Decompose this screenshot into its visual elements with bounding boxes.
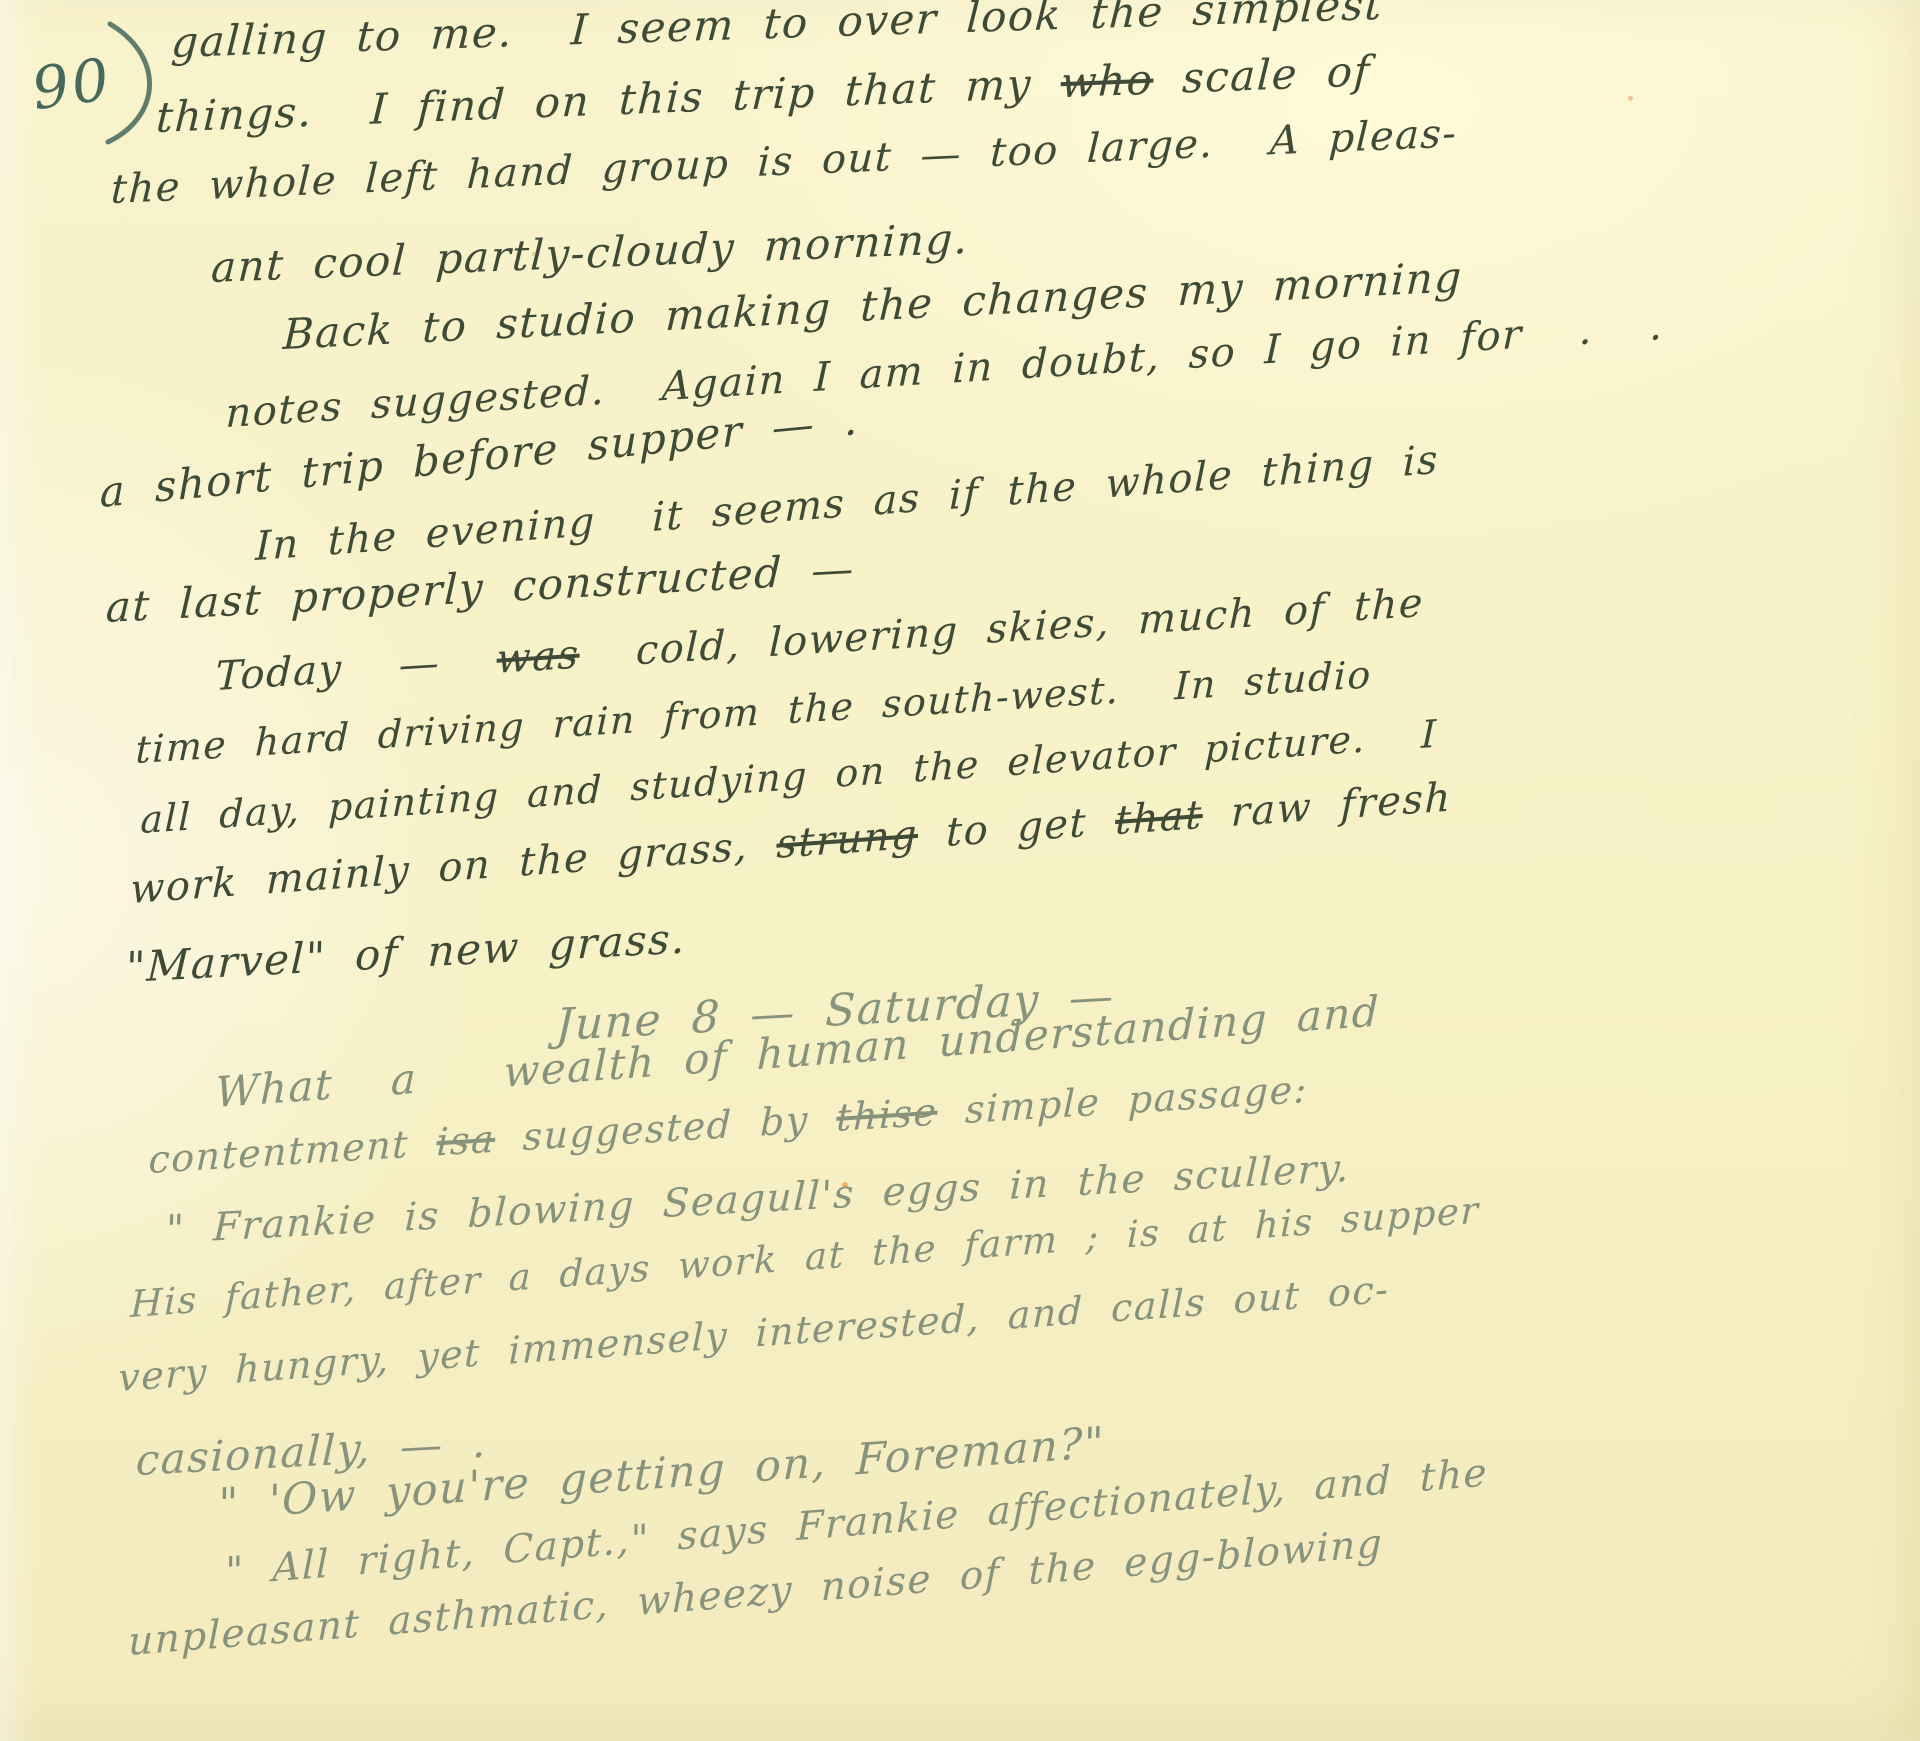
handwriting-text: to get xyxy=(918,798,1116,858)
paper-speck xyxy=(532,252,536,256)
paper-speck xyxy=(842,1182,848,1188)
handwriting-line-9: at last properly constructed — xyxy=(105,546,856,632)
handwriting-line-4: ant cool partly-cloudy morning. xyxy=(210,216,970,291)
handwriting-text: things. I find on this trip that my xyxy=(155,58,1062,142)
struck-word: isa xyxy=(436,1117,496,1165)
handwriting-text: suggested by xyxy=(495,1096,837,1161)
handwriting-text: at last properly constructed — xyxy=(105,544,856,632)
struck-word: was xyxy=(496,632,580,683)
handwriting-text: scale of xyxy=(1152,46,1372,103)
struck-word: that xyxy=(1115,792,1203,844)
handwriting-text: contentment xyxy=(148,1120,437,1182)
handwriting-text: simple passage: xyxy=(937,1067,1309,1134)
handwriting-text: "Marvel" of new grass. xyxy=(125,913,687,992)
handwriting-line-14: "Marvel" of new grass. xyxy=(125,915,687,991)
journal-page: 90 galling to me. I seem to over look th… xyxy=(0,0,1920,1741)
struck-word: thise xyxy=(836,1090,938,1140)
handwriting-text: raw fresh xyxy=(1202,774,1452,838)
handwriting-text: Today — xyxy=(215,637,497,700)
paper-speck xyxy=(1628,96,1633,101)
handwriting-text: ant cool partly-cloudy morning. xyxy=(210,214,970,292)
struck-word: strung xyxy=(776,812,918,868)
struck-word: who xyxy=(1060,55,1155,108)
